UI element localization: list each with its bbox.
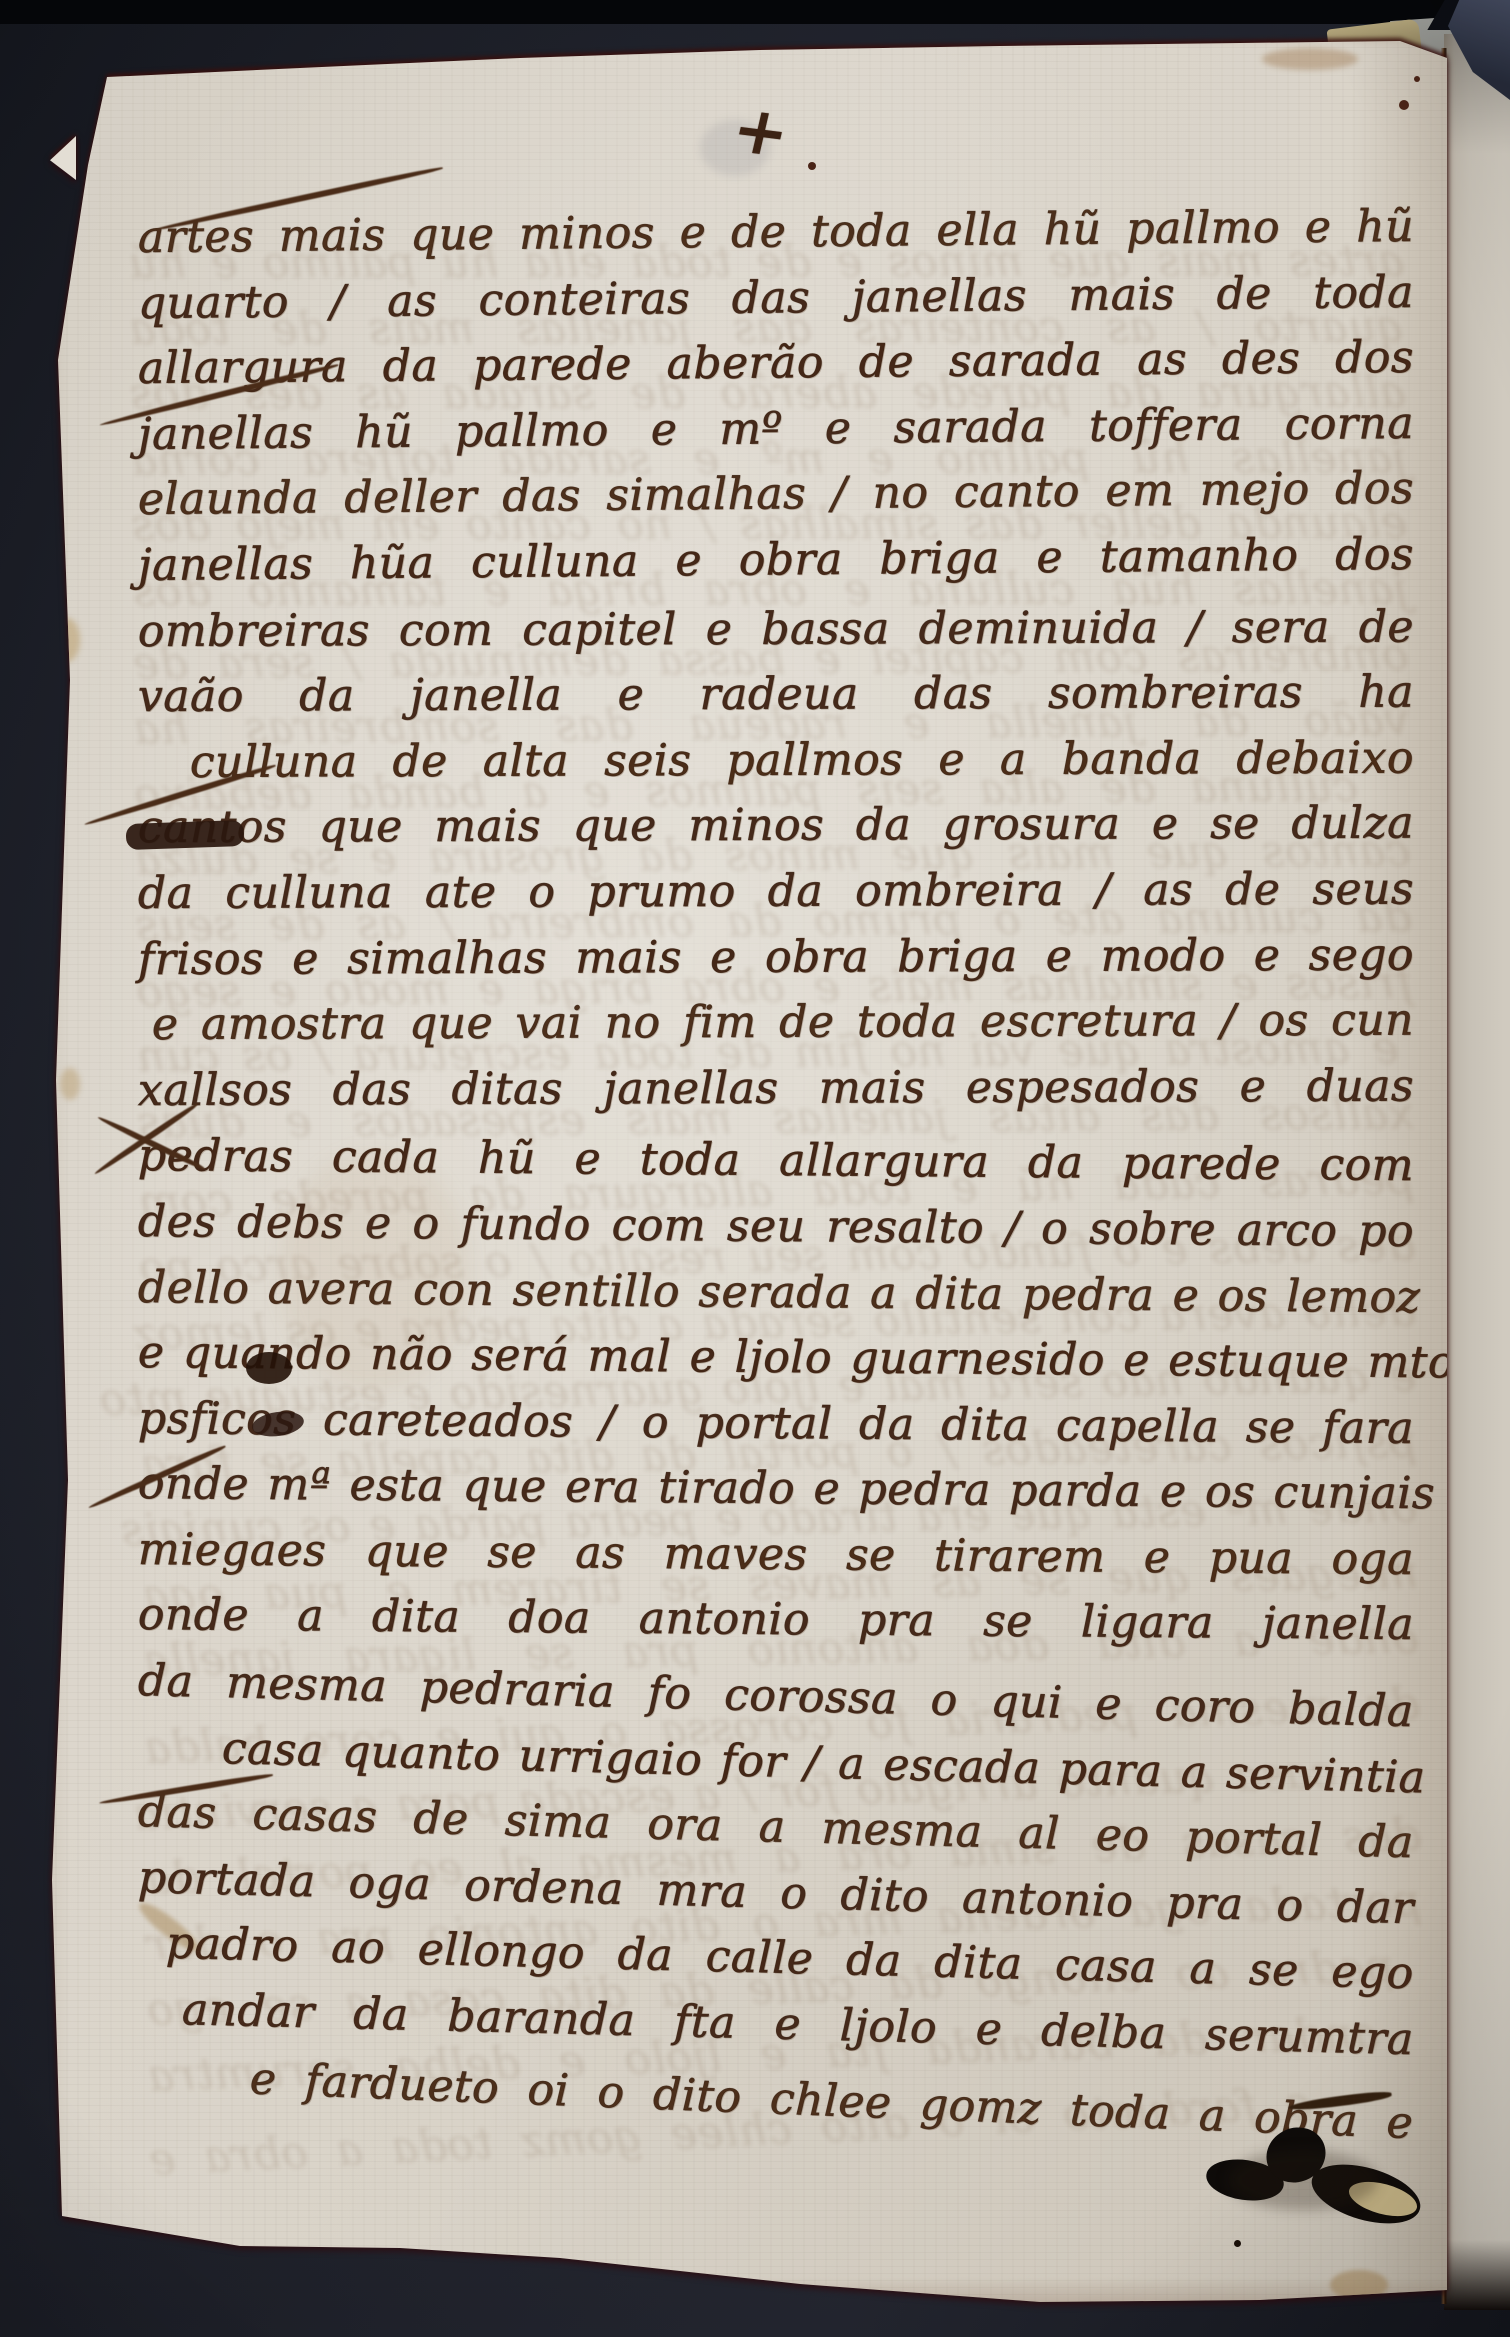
photo-scene: + artes mais que minos e de toda ella hũ… <box>0 0 1510 2337</box>
paper-stain <box>1330 2270 1388 2300</box>
ink-drop-blot <box>246 1352 292 1384</box>
manuscript-line: janellas hũ pallmo e mº e sarada toffera… <box>138 394 1415 471</box>
manuscript-line: pedras cada hũ e toda allargura da pared… <box>138 1126 1414 1202</box>
paper-stain <box>1262 48 1358 70</box>
worm-blot-shadow <box>1228 2150 1378 2210</box>
manuscript-line: elaunda deller das simalhas / no canto e… <box>138 459 1415 536</box>
manuscript-line: e quando não será mal e ljolo guarnesido… <box>138 1323 1414 1399</box>
manuscript-line: janellas hũa culluna e obra briga e tama… <box>138 525 1415 602</box>
manuscript-line: xallsos das ditas janellas mais espesado… <box>138 1056 1414 1126</box>
manuscript-line: e amostra que vai no fim de toda escretu… <box>138 991 1414 1061</box>
manuscript-line: cantos que mais que minos da grosura e s… <box>138 794 1414 864</box>
manuscript-line: artes mais que minos e de toda ella hũ p… <box>138 197 1415 274</box>
page-wrap: + artes mais que minos e de toda ella hũ… <box>0 0 1510 2337</box>
text-block: artes mais que minos e de toda ella hũ p… <box>138 208 1414 2110</box>
manuscript-line: miegaes que se as maves se tirarem e pua… <box>138 1520 1414 1596</box>
manuscript-line: onde a dita doa antonio pra se ligara ja… <box>138 1585 1414 1661</box>
ink-speck <box>1399 100 1409 110</box>
paper-stain <box>54 618 80 662</box>
manuscript-line: da culluna ate o prumo da ombreira / as … <box>138 859 1414 929</box>
ink-strikethrough-blot <box>126 820 245 850</box>
manuscript-line: dello avera con sentillo serada a dita p… <box>138 1258 1414 1334</box>
manuscript-line: des debs e o fundo com seu resalto / o s… <box>138 1192 1414 1268</box>
manuscript-line: quarto / as conteiras das janellas mais … <box>138 262 1415 339</box>
manuscript-line: culluna de alta seis pallmos e a banda d… <box>138 728 1414 798</box>
ink-speck <box>1453 2158 1462 2167</box>
ink-speck <box>1414 76 1420 82</box>
manuscript-line: psficos careteados / o portal da dita ca… <box>138 1389 1414 1465</box>
manuscript-line: vaão da janella e radeua das sombreiras … <box>138 663 1414 733</box>
manuscript-line: ombreiras com capitel e bassa deminuida … <box>138 597 1414 667</box>
paper-stain <box>60 1068 80 1100</box>
torn-edge-chip <box>50 136 76 180</box>
manuscript-line: onde mª esta que era tirado e pedra pard… <box>138 1454 1414 1530</box>
ink-speck <box>808 162 816 170</box>
manuscript-page: + artes mais que minos e de toda ella hũ… <box>0 0 1510 2337</box>
cross-mark: + <box>717 89 804 174</box>
manuscript-line: frisos e simalhas mais e obra briga e mo… <box>138 925 1414 995</box>
ink-speck <box>1234 2240 1241 2247</box>
